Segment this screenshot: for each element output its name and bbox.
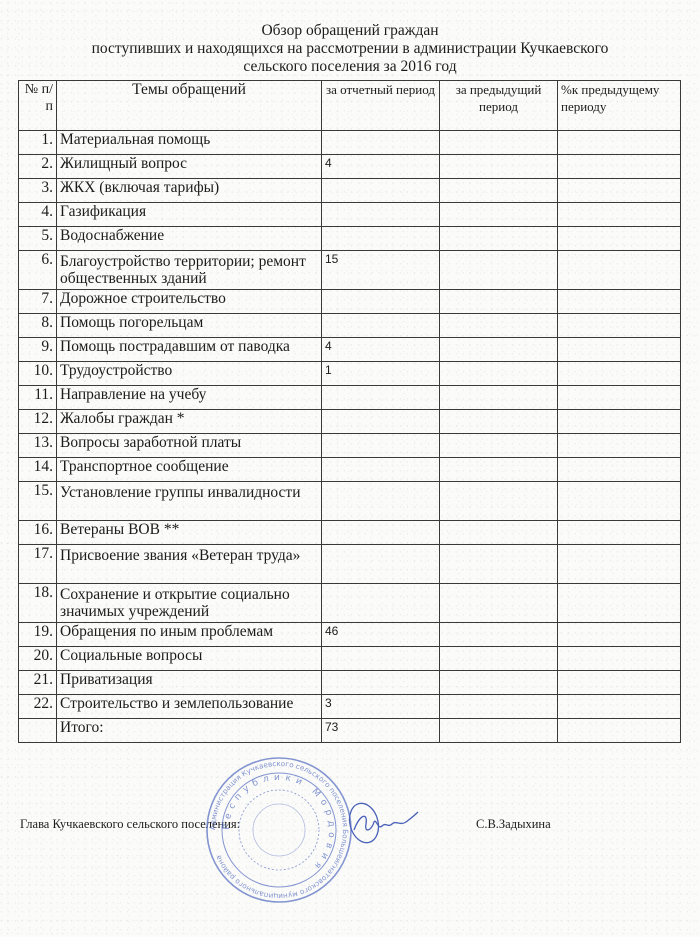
row-percent xyxy=(558,521,681,545)
row-percent xyxy=(558,131,681,155)
row-current-period: 4 xyxy=(322,338,440,362)
row-topic: Материальная помощь xyxy=(57,131,322,155)
row-topic: ЖКХ (включая тарифы) xyxy=(57,179,322,203)
row-number: 20. xyxy=(19,647,57,671)
row-percent xyxy=(558,719,681,743)
row-number: 5. xyxy=(19,227,57,251)
row-current-period xyxy=(322,458,440,482)
row-percent xyxy=(558,314,681,338)
row-percent xyxy=(558,623,681,647)
row-percent xyxy=(558,227,681,251)
row-current-period xyxy=(322,647,440,671)
row-topic: Итого: xyxy=(57,719,322,743)
row-current-period: 3 xyxy=(322,695,440,719)
row-number: 3. xyxy=(19,179,57,203)
row-current-period xyxy=(322,314,440,338)
document-subtitle-line1: поступивших и находящихся на рассмотрени… xyxy=(0,40,700,57)
row-number: 21. xyxy=(19,671,57,695)
row-previous-period xyxy=(440,179,558,203)
row-current-period xyxy=(322,545,440,584)
table-row: 10.Трудоустройство1 xyxy=(19,362,681,386)
row-previous-period xyxy=(440,338,558,362)
row-number: 8. xyxy=(19,314,57,338)
row-percent xyxy=(558,647,681,671)
header-previous-period: за предыдущий период xyxy=(440,81,558,131)
row-current-period xyxy=(322,410,440,434)
row-topic: Помощь пострадавшим от паводка xyxy=(57,338,322,362)
table-row: 18.Сохранение и открытие социально значи… xyxy=(19,584,681,623)
header-number: № п/п xyxy=(19,81,57,131)
row-current-period xyxy=(322,434,440,458)
row-topic: Транспортное сообщение xyxy=(57,458,322,482)
row-percent xyxy=(558,338,681,362)
table-row: 21.Приватизация xyxy=(19,671,681,695)
row-previous-period xyxy=(440,521,558,545)
row-percent xyxy=(558,362,681,386)
row-topic: Вопросы заработной платы xyxy=(57,434,322,458)
table-header-row: № п/п Темы обращений за отчетный период … xyxy=(19,81,681,131)
row-topic: Установление группы инвалидности xyxy=(57,482,322,521)
row-number: 18. xyxy=(19,584,57,623)
row-current-period xyxy=(322,179,440,203)
row-previous-period xyxy=(440,623,558,647)
row-number: 15. xyxy=(19,482,57,521)
table-row: 13.Вопросы заработной платы xyxy=(19,434,681,458)
row-topic: Жалобы граждан * xyxy=(57,410,322,434)
table-body: 1.Материальная помощь2.Жилищный вопрос43… xyxy=(19,131,681,743)
row-previous-period xyxy=(440,545,558,584)
row-topic: Присвоение звания «Ветеран труда» xyxy=(57,545,322,584)
row-number: 14. xyxy=(19,458,57,482)
signatory-name: С.В.Задыхина xyxy=(476,817,551,832)
row-number: 7. xyxy=(19,290,57,314)
row-previous-period xyxy=(440,386,558,410)
row-percent xyxy=(558,251,681,290)
row-current-period xyxy=(322,290,440,314)
row-topic: Социальные вопросы xyxy=(57,647,322,671)
row-number: 13. xyxy=(19,434,57,458)
row-previous-period xyxy=(440,482,558,521)
header-current-period: за отчетный период xyxy=(322,81,440,131)
row-percent xyxy=(558,203,681,227)
table-row: 16.Ветераны ВОВ ** xyxy=(19,521,681,545)
row-current-period: 4 xyxy=(322,155,440,179)
row-current-period xyxy=(322,482,440,521)
row-percent xyxy=(558,458,681,482)
row-current-period: 46 xyxy=(322,623,440,647)
row-current-period xyxy=(322,131,440,155)
table-row: 2.Жилищный вопрос4 xyxy=(19,155,681,179)
row-percent xyxy=(558,545,681,584)
row-previous-period xyxy=(440,671,558,695)
row-previous-period xyxy=(440,131,558,155)
row-topic: Благоустройство территории; ремонт общес… xyxy=(57,251,322,290)
document-subtitle-line2: сельского поселения за 2016 год xyxy=(0,58,700,75)
row-topic: Жилищный вопрос xyxy=(57,155,322,179)
row-current-period xyxy=(322,227,440,251)
row-number xyxy=(19,719,57,743)
table-row: 8.Помощь погорельцам xyxy=(19,314,681,338)
row-number: 4. xyxy=(19,203,57,227)
row-number: 1. xyxy=(19,131,57,155)
header-topic: Темы обращений xyxy=(57,81,322,131)
table-total-row: Итого:73 xyxy=(19,719,681,743)
row-number: 19. xyxy=(19,623,57,647)
row-current-period xyxy=(322,203,440,227)
table-row: 4.Газификация xyxy=(19,203,681,227)
row-topic: Сохранение и открытие социально значимых… xyxy=(57,584,322,623)
row-topic: Трудоустройство xyxy=(57,362,322,386)
row-current-period: 15 xyxy=(322,251,440,290)
row-number: 12. xyxy=(19,410,57,434)
row-topic: Приватизация xyxy=(57,671,322,695)
row-number: 10. xyxy=(19,362,57,386)
row-topic: Газификация xyxy=(57,203,322,227)
row-percent xyxy=(558,386,681,410)
row-current-period xyxy=(322,584,440,623)
row-current-period: 73 xyxy=(322,719,440,743)
row-current-period: 1 xyxy=(322,362,440,386)
row-previous-period xyxy=(440,227,558,251)
table-row: 20.Социальные вопросы xyxy=(19,647,681,671)
row-number: 17. xyxy=(19,545,57,584)
table-row: 6.Благоустройство территории; ремонт общ… xyxy=(19,251,681,290)
row-previous-period xyxy=(440,290,558,314)
row-percent xyxy=(558,155,681,179)
row-number: 2. xyxy=(19,155,57,179)
row-topic: Направление на учебу xyxy=(57,386,322,410)
row-previous-period xyxy=(440,719,558,743)
row-previous-period xyxy=(440,695,558,719)
row-previous-period xyxy=(440,251,558,290)
table-row: 12.Жалобы граждан * xyxy=(19,410,681,434)
row-previous-period xyxy=(440,434,558,458)
row-topic: Обращения по иным проблемам xyxy=(57,623,322,647)
row-current-period xyxy=(322,386,440,410)
row-number: 11. xyxy=(19,386,57,410)
row-percent xyxy=(558,695,681,719)
row-percent xyxy=(558,410,681,434)
handwritten-signature xyxy=(344,800,424,846)
table-row: 1.Материальная помощь xyxy=(19,131,681,155)
signature-label: Глава Кучкаевского сельского поселения: xyxy=(20,817,240,832)
row-number: 16. xyxy=(19,521,57,545)
row-percent xyxy=(558,671,681,695)
row-topic: Помощь погорельцам xyxy=(57,314,322,338)
row-topic: Водоснабжение xyxy=(57,227,322,251)
row-topic: Дорожное строительство xyxy=(57,290,322,314)
row-percent xyxy=(558,482,681,521)
row-topic: Строительство и землепользование xyxy=(57,695,322,719)
table-row: 22.Строительство и землепользование3 xyxy=(19,695,681,719)
table-row: 3.ЖКХ (включая тарифы) xyxy=(19,179,681,203)
row-previous-period xyxy=(440,155,558,179)
table-row: 14.Транспортное сообщение xyxy=(19,458,681,482)
row-number: 6. xyxy=(19,251,57,290)
table-row: 19.Обращения по иным проблемам46 xyxy=(19,623,681,647)
row-topic: Ветераны ВОВ ** xyxy=(57,521,322,545)
row-previous-period xyxy=(440,410,558,434)
table-row: 7.Дорожное строительство xyxy=(19,290,681,314)
appeals-table: № п/п Темы обращений за отчетный период … xyxy=(18,80,681,743)
table-row: 11.Направление на учебу xyxy=(19,386,681,410)
table-row: 17.Присвоение звания «Ветеран труда» xyxy=(19,545,681,584)
table-row: 9.Помощь пострадавшим от паводка4 xyxy=(19,338,681,362)
row-number: 9. xyxy=(19,338,57,362)
row-previous-period xyxy=(440,362,558,386)
row-percent xyxy=(558,584,681,623)
header-percent: %к предыдущему периоду xyxy=(558,81,681,131)
row-previous-period xyxy=(440,203,558,227)
row-percent xyxy=(558,434,681,458)
row-current-period xyxy=(322,671,440,695)
row-previous-period xyxy=(440,584,558,623)
row-current-period xyxy=(322,521,440,545)
row-previous-period xyxy=(440,314,558,338)
document-title: Обзор обращений граждан xyxy=(0,22,700,39)
row-number: 22. xyxy=(19,695,57,719)
row-percent xyxy=(558,179,681,203)
row-previous-period xyxy=(440,458,558,482)
row-percent xyxy=(558,290,681,314)
row-previous-period xyxy=(440,647,558,671)
table-row: 5.Водоснабжение xyxy=(19,227,681,251)
table-row: 15.Установление группы инвалидности xyxy=(19,482,681,521)
